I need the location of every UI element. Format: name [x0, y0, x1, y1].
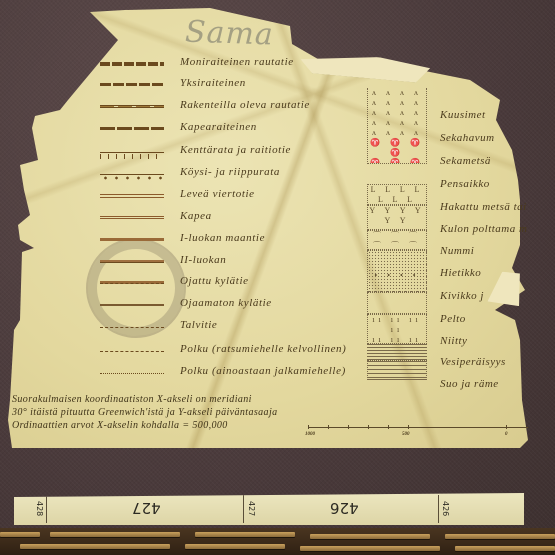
bog-pattern-icon	[367, 360, 427, 380]
field-pattern-icon	[367, 292, 427, 314]
legend-label: Polku (ratsumiehelle kelvollinen)	[180, 343, 346, 355]
legend-row: Leveä viertotie	[100, 186, 255, 202]
rail-narrow-symbol-icon	[100, 127, 164, 130]
scale-bar	[308, 427, 528, 430]
vegetation-pattern-column: ʌ ʌ ʌ ʌʌ ʌ ʌ ʌʌ ʌ ʌ ʌʌ ʌ ʌ ʌʌ ʌ ʌ ʌ♈ ♈ ♈…	[367, 88, 427, 374]
heath-pattern-icon: ⌒ ⌒ ⌒⌒ ⌒ ⌒	[367, 230, 427, 250]
legend-label: Hietikko	[440, 267, 481, 279]
legend-row: I-luokan maantie	[100, 230, 265, 246]
scale-label: 0	[505, 432, 508, 437]
winter-road-symbol-icon	[100, 327, 164, 328]
legend-row: Moniraiteinen rautatie	[100, 54, 294, 70]
class2-road-symbol-icon	[100, 260, 164, 263]
legend-label: Suo ja räme	[440, 378, 499, 390]
legend-row: Kapearaiteinen	[100, 119, 257, 135]
legend-label: I-luokan maantie	[180, 232, 265, 244]
legend-label: Moniraiteinen rautatie	[180, 56, 294, 68]
rail-multi-symbol-icon	[100, 62, 164, 66]
legend-label: Sekametsä	[440, 155, 491, 167]
legend-label: Kenttärata ja raitiotie	[180, 144, 291, 156]
legend-label: Kulon polttama m	[440, 223, 527, 235]
legend-label: Sekahavum	[440, 132, 495, 144]
rail-single-symbol-icon	[100, 83, 164, 86]
note-line: 30° itäistä pituutta Greenwich'istä ja Y…	[12, 406, 278, 419]
legend-row: II-luokan	[100, 252, 226, 268]
legend-row: Köysi- ja riippurata	[100, 164, 280, 180]
coordinate-edge-strip: 428 427 427 426 426	[14, 493, 524, 525]
legend-row: Kapea	[100, 208, 212, 224]
wooden-frame	[0, 528, 555, 555]
meadow-pattern-icon: ıı ıı ıı ıııı ıı ıı ıı	[367, 314, 427, 344]
legend-row: Ojaamaton kylätie	[100, 295, 272, 311]
village-road-symbol-icon	[100, 304, 164, 306]
note-line: Suorakulmaisen koordinaatiston X-akseli …	[12, 393, 278, 406]
class1-road-symbol-icon	[100, 238, 164, 241]
legend-label: Köysi- ja riippurata	[180, 166, 280, 178]
legend-label: Vesiperäisyys	[440, 356, 506, 368]
legend-label: Talvitie	[180, 319, 217, 331]
rail-construct-symbol-icon	[100, 105, 164, 108]
rope-rail-symbol-icon	[100, 174, 164, 175]
legend-label: Kapearaiteinen	[180, 121, 257, 133]
legend-label: Kuusimet	[440, 109, 486, 121]
strip-label: 428	[35, 501, 44, 516]
strip-label: 427	[247, 501, 256, 516]
legend-row: Polku (ainoastaan jalkamiehelle)	[100, 363, 346, 379]
strip-label: 426	[441, 501, 450, 516]
scale-label: 500	[402, 432, 410, 437]
legend-label: Niitty	[440, 335, 467, 347]
legend-row: Talvitie	[100, 317, 217, 333]
sand-stony-pattern-icon: • • • •	[367, 250, 427, 292]
legend-row: Yksiraiteinen	[100, 75, 246, 91]
strip-label: 426	[330, 499, 359, 517]
legend-label: Hakattu metsä tai	[440, 201, 527, 213]
legend-label: Nummi	[440, 245, 474, 257]
legend-row: Rakenteilla oleva rautatie	[100, 97, 310, 113]
legend-label: Kapea	[180, 210, 212, 222]
horse-path-symbol-icon	[100, 351, 164, 352]
legend-label: Rakenteilla oleva rautatie	[180, 99, 310, 111]
note-line: Ordinaattien arvot X-akselin kohdalla = …	[12, 419, 278, 432]
narrow-road-symbol-icon	[100, 216, 164, 219]
legend-row: Polku (ratsumiehelle kelvollinen)	[100, 341, 346, 357]
field-rail-symbol-icon	[100, 152, 164, 153]
wide-road-symbol-icon	[100, 194, 164, 198]
legend-row: Kenttärata ja raitiotie	[100, 142, 291, 158]
legend-label: Pensaikko	[440, 178, 490, 190]
legend-label: Ojaamaton kylätie	[180, 297, 272, 309]
burnt-forest-pattern-icon: Y Y Y YY Y	[367, 205, 427, 230]
strip-label: 427	[132, 499, 161, 517]
wet-ground-pattern-icon	[367, 344, 427, 360]
coordinate-system-note: Suorakulmaisen koordinaatiston X-akseli …	[12, 393, 278, 432]
legend-row: Ojattu kylätie	[100, 273, 249, 289]
conifer-pattern-icon: ʌ ʌ ʌ ʌʌ ʌ ʌ ʌʌ ʌ ʌ ʌʌ ʌ ʌ ʌʌ ʌ ʌ ʌ♈ ♈ ♈…	[367, 88, 427, 164]
ditched-village-road-symbol-icon	[100, 281, 164, 284]
legend-label: Pelto	[440, 313, 466, 325]
scale-label: 1000	[305, 432, 315, 437]
foot-path-symbol-icon	[100, 373, 164, 374]
handwritten-note: Sama	[184, 14, 274, 52]
legend-label: Kivikko j	[440, 290, 484, 302]
legend-label: II-luokan	[180, 254, 226, 266]
legend-label: Polku (ainoastaan jalkamiehelle)	[180, 365, 346, 377]
legend-label: Leveä viertotie	[180, 188, 255, 200]
cut-forest-pattern-icon: L L L LL L L	[367, 184, 427, 205]
legend-label: Ojattu kylätie	[180, 275, 249, 287]
legend-label: Yksiraiteinen	[180, 77, 246, 89]
